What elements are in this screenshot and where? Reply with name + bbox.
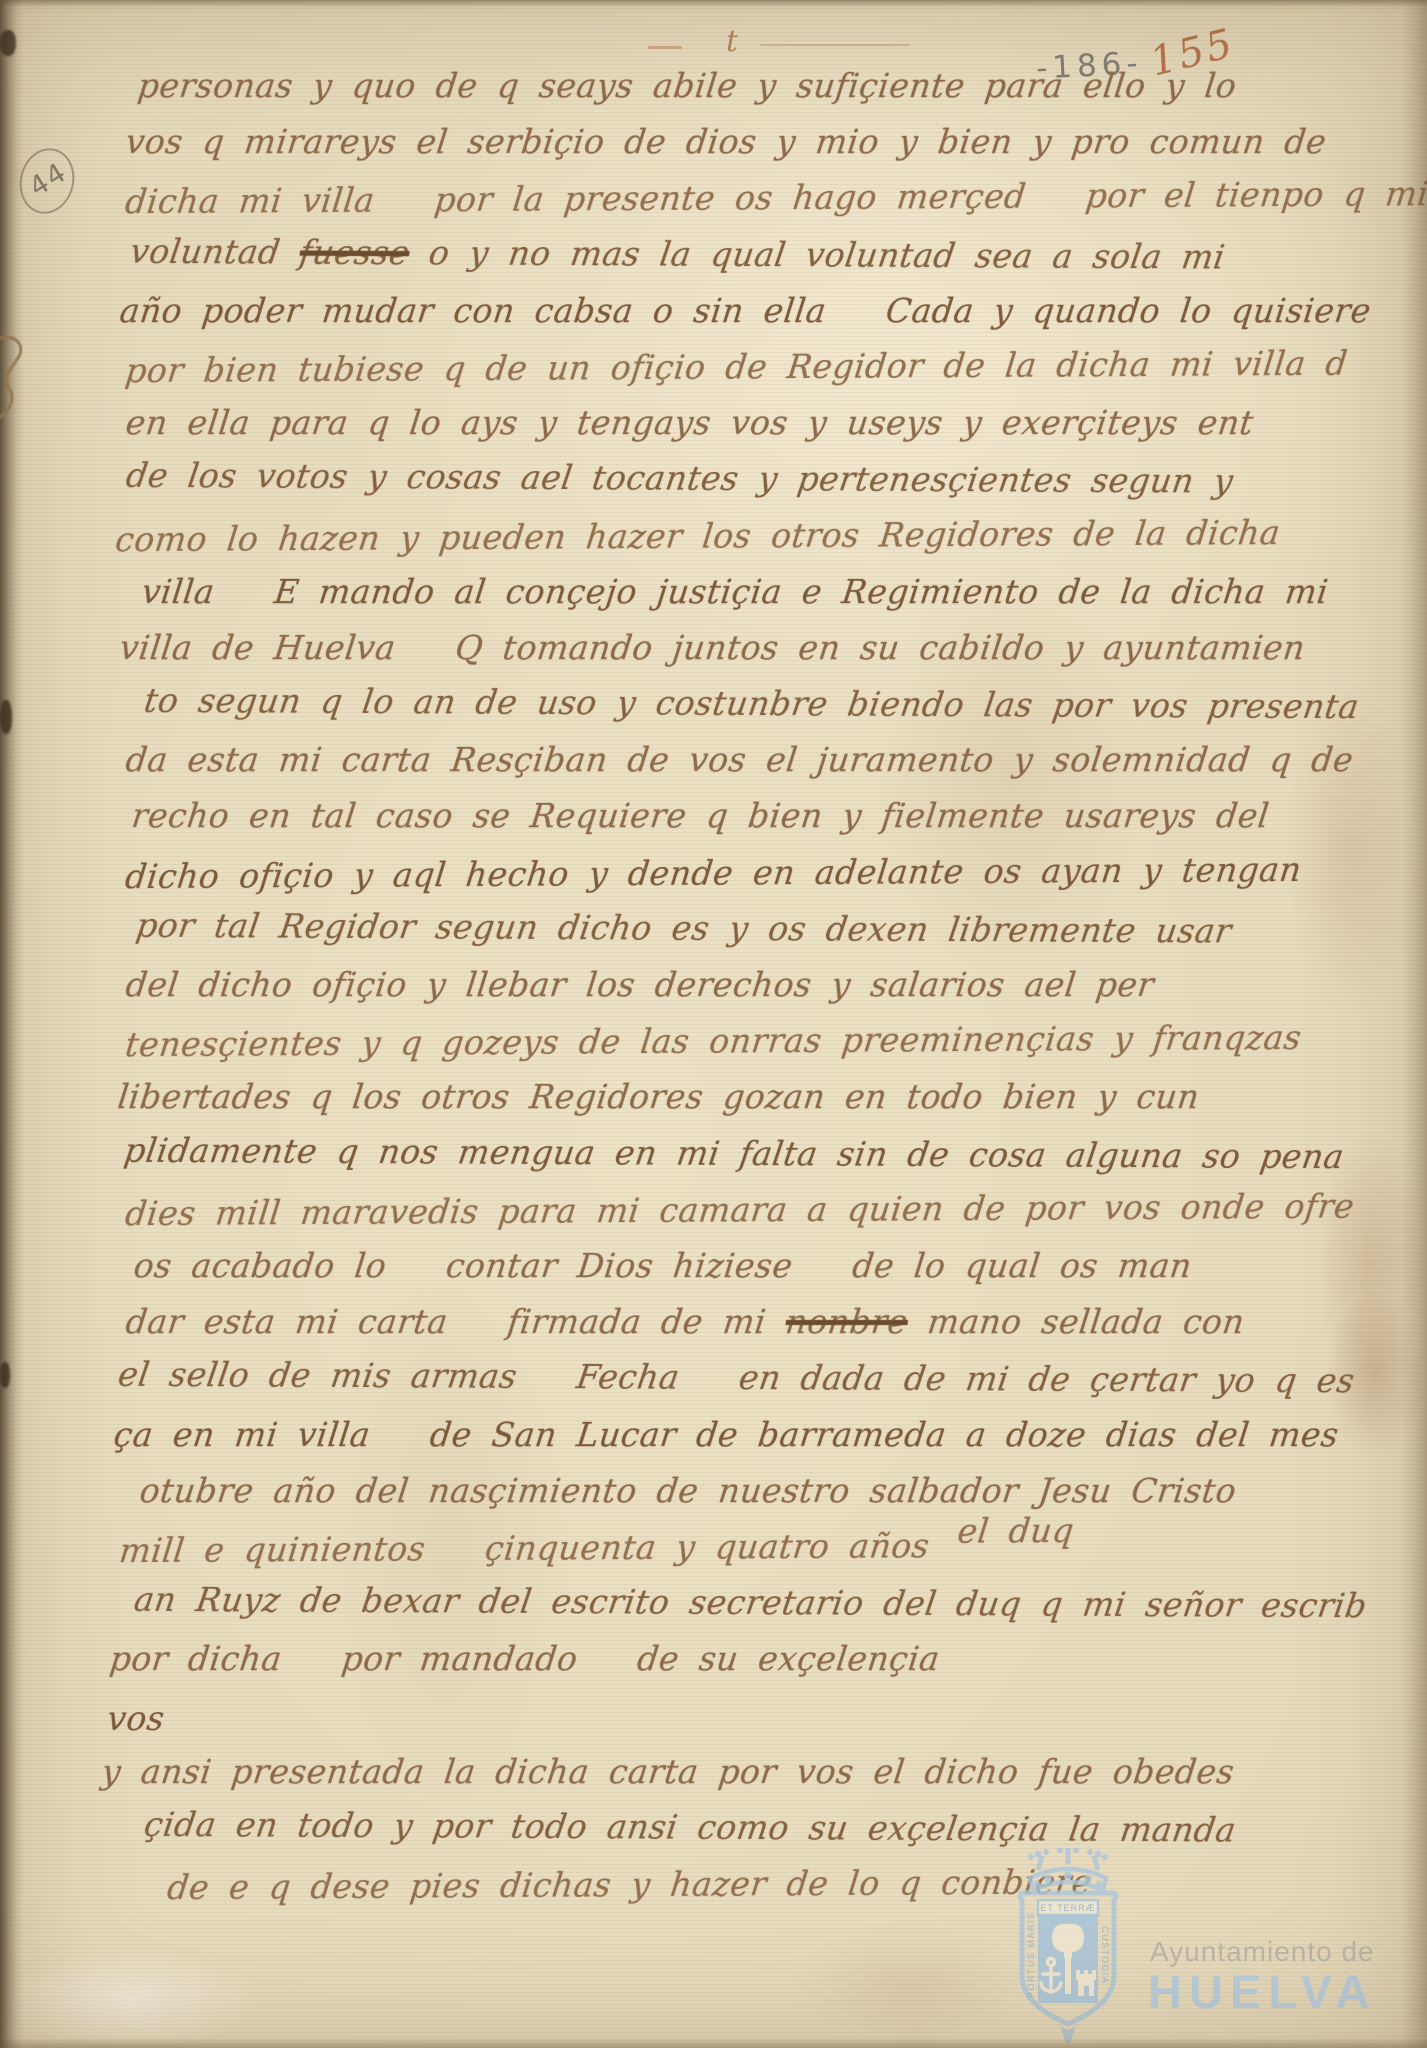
invocation-mark: t xyxy=(726,24,738,59)
stain xyxy=(790,1920,1030,2048)
manuscript-line: dies mill maravedis para mi camara a qui… xyxy=(122,1178,1409,1242)
flourish-stroke xyxy=(760,44,910,46)
shield-motto-right-svg: CUSTODIA xyxy=(1100,1926,1110,1984)
manuscript-line: por dicha por mandado de su exçelençia xyxy=(107,1631,1410,1687)
manuscript-line: por tal Regidor segun dicho es y os dexe… xyxy=(132,897,1409,960)
manuscript-line: y ansi presentada la dicha carta por vos… xyxy=(99,1744,1410,1800)
manuscript-line: vos q mirareys el serbiçio de dios y mio… xyxy=(123,114,1410,170)
manuscript-lines: personas y quo de q seays abile y sufiçi… xyxy=(126,58,1406,1912)
flourish-stroke xyxy=(648,46,682,49)
binding-edge xyxy=(0,0,24,2048)
manuscript-line: año poder mudar con cabsa o sin ella Cad… xyxy=(117,283,1410,339)
manuscript-line: otubre año del nasçimiento de nuestro sa… xyxy=(137,1463,1410,1519)
manuscript-line: en ella para q lo ays y tengays vos y us… xyxy=(123,395,1410,451)
manuscript-line: ça en mi villa de San Lucar de barrameda… xyxy=(111,1407,1410,1463)
manuscript-line: to segun q lo an de uso y costunbre bien… xyxy=(140,673,1409,736)
manuscript-line: villa E mando al conçejo justiçia e Regi… xyxy=(139,564,1410,620)
manuscript-line: villa de Huelva Q tomando juntos en su c… xyxy=(117,620,1410,676)
manuscript-line: mill e quinientos çinquenta y quatro año… xyxy=(116,1515,1409,1579)
stain xyxy=(0,1950,260,2048)
archive-watermark: ET TERRÆ PORTUS MARIS CUSTODIA Ayuntamie… xyxy=(1008,1848,1427,2048)
manuscript-line-appendix: el duq xyxy=(955,1503,1078,1560)
binding-mark xyxy=(0,30,16,56)
manuscript-line: recho en tal caso se Requiere q bien y f… xyxy=(129,788,1410,844)
manuscript-line: de los votos y cosas ael tocantes y pert… xyxy=(122,448,1409,511)
manuscript-line: el sello de mis armas Fecha en dada de m… xyxy=(114,1347,1409,1410)
margin-flourish xyxy=(0,332,36,422)
shield-motto-top-svg: ET TERRÆ xyxy=(1040,1903,1095,1913)
shield-motto-left-svg: PORTUS MARIS xyxy=(1026,1912,1036,1998)
manuscript-line: da esta mi carta Resçiban de vos el jura… xyxy=(123,732,1410,788)
watermark-city-name: HUELVA xyxy=(1148,1964,1376,2019)
manuscript-line: os acabado lo contar Dios hiziese de lo … xyxy=(131,1238,1410,1294)
huelva-shield-icon: ET TERRÆ PORTUS MARIS CUSTODIA xyxy=(1008,1848,1128,2048)
manuscript-line: como lo hazen y pueden hazer los otros R… xyxy=(112,504,1409,568)
manuscript-line: dicha mi villa por la presente os hago m… xyxy=(122,166,1409,230)
manuscript-line: vos xyxy=(104,1683,1410,1747)
manuscript-line: libertades q los otros Regidores gozan e… xyxy=(115,1069,1410,1125)
scan-edge xyxy=(0,0,1427,7)
manuscript-line: tenesçientes y q gozeys de las onrras pr… xyxy=(122,1009,1409,1073)
manuscript-line: personas y quo de q seays abile y sufiçi… xyxy=(135,58,1410,114)
manuscript-line: por bien tubiese q de un ofiçio de Regid… xyxy=(122,335,1409,399)
scan-edge xyxy=(1401,0,1427,2048)
manuscript-line: plidamente q nos mengua en mi falta sin … xyxy=(120,1122,1409,1185)
manuscript-line: dicho ofiçio y aql hecho y dende en adel… xyxy=(122,841,1409,905)
scan-edge xyxy=(0,2038,1427,2048)
binding-mark xyxy=(0,700,12,734)
binding-mark xyxy=(0,1362,10,1388)
leaf-number: 44 xyxy=(24,157,73,204)
manuscript-line: voluntad fuesse o y no mas la qual volun… xyxy=(126,223,1409,286)
manuscript-scan: t -186- 155 44 personas y quo de q seays… xyxy=(0,0,1427,2048)
manuscript-line: dar esta mi carta firmada de mi nonbre m… xyxy=(123,1294,1410,1350)
manuscript-line: del dicho ofiçio y llebar los derechos y… xyxy=(123,957,1410,1013)
manuscript-line: an Ruyz de bexar del escrito secretario … xyxy=(130,1572,1409,1635)
